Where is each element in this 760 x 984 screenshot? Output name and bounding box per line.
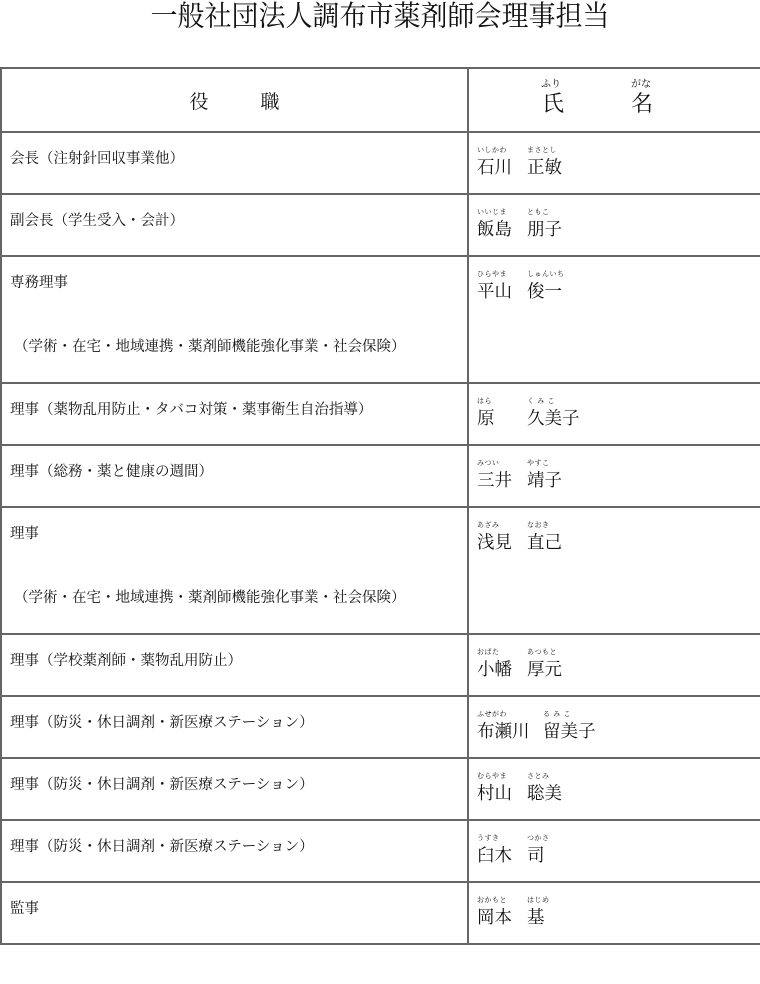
surname: 岡本	[477, 904, 512, 929]
role-detail: （学術・在宅・地域連携・薬剤師機能強化事業・社会保険）	[2, 293, 467, 357]
given-name-ruby: る み こ	[543, 710, 571, 718]
surname: 石川	[477, 154, 512, 179]
role-cell: 理事（防災・休日調剤・新医療ステーション）	[1, 696, 468, 758]
name-cell: ふせがわ布瀬川る み こ留美子	[468, 696, 760, 758]
name-cell: いしかわ石川まさとし正敏	[468, 132, 760, 194]
given-name: 朋子	[527, 216, 562, 241]
given-name: 司	[527, 842, 545, 867]
header-role: 役職	[1, 68, 468, 132]
table-row: 会長（注射針回収事業他）いしかわ石川まさとし正敏	[1, 132, 760, 194]
given-name: 久美子	[527, 405, 580, 430]
role-label: 理事	[2, 508, 467, 544]
header-name: ふり がな 氏 名	[468, 68, 760, 132]
given-name-ruby: なおき	[527, 521, 550, 529]
given-name-ruby: ともこ	[527, 208, 550, 216]
surname-ruby: おかもと	[477, 896, 507, 904]
role-cell: 監事	[1, 882, 468, 944]
given-name: 留美子	[543, 718, 596, 743]
name-cell: おばた小幡あつもと厚元	[468, 634, 760, 696]
given-name-ruby: しゅんいち	[527, 270, 565, 278]
table-row: 理事（防災・休日調剤・新医療ステーション）むらやま村山さとみ聡美	[1, 758, 760, 820]
surname-ruby: いいじま	[477, 208, 507, 216]
given-name-ruby: まさとし	[527, 146, 557, 154]
surname: 平山	[477, 278, 512, 303]
table-row: 理事（学校薬剤師・薬物乱用防止）おばた小幡あつもと厚元	[1, 634, 760, 696]
surname: 三井	[477, 467, 512, 492]
table-row: 理事（薬物乱用防止・タバコ対策・薬事衛生自治指導）はら原く み こ久美子	[1, 383, 760, 445]
name-cell: うすき臼木つかさ司	[468, 820, 760, 882]
name-cell: むらやま村山さとみ聡美	[468, 758, 760, 820]
role-label: 理事（防災・休日調剤・新医療ステーション）	[2, 697, 467, 733]
surname: 小幡	[477, 656, 512, 681]
given-name: 正敏	[527, 154, 562, 179]
role-label: 会長（注射針回収事業他）	[2, 133, 467, 169]
role-label: 副会長（学生受入・会計）	[2, 195, 467, 231]
role-label: 監事	[2, 883, 467, 919]
header-name-char-1: 氏	[542, 87, 564, 118]
role-cell: 理事（学校薬剤師・薬物乱用防止）	[1, 634, 468, 696]
role-label: 理事（薬物乱用防止・タバコ対策・薬事衛生自治指導）	[2, 384, 467, 420]
surname-ruby: ふせがわ	[477, 710, 507, 718]
page-title: 一般社団法人調布市薬剤師会理事担当	[0, 0, 760, 35]
surname: 布瀬川	[477, 718, 530, 743]
surname-ruby: おばた	[477, 648, 500, 656]
name-cell: いいじま飯島ともこ朋子	[468, 194, 760, 256]
given-name: 靖子	[527, 467, 562, 492]
given-name: 基	[527, 904, 545, 929]
name-cell: おかもと岡本はじめ基	[468, 882, 760, 944]
given-name-ruby: つかさ	[527, 834, 550, 842]
name-cell: あざみ浅見なおき直己	[468, 507, 760, 634]
header-role-char-1: 役	[189, 87, 208, 114]
given-name-ruby: く み こ	[527, 397, 555, 405]
role-cell: 理事（学術・在宅・地域連携・薬剤師機能強化事業・社会保険）	[1, 507, 468, 634]
surname-ruby: ひらやま	[477, 270, 507, 278]
table-row: 監事おかもと岡本はじめ基	[1, 882, 760, 944]
given-name: 厚元	[527, 656, 562, 681]
surname-ruby: うすき	[477, 834, 500, 842]
surname: 原	[477, 405, 495, 430]
name-cell: ひらやま平山しゅんいち俊一	[468, 256, 760, 383]
given-name: 俊一	[527, 278, 562, 303]
header-name-char-2: 名	[631, 87, 653, 118]
role-cell: 理事（防災・休日調剤・新医療ステーション）	[1, 820, 468, 882]
role-cell: 理事（防災・休日調剤・新医療ステーション）	[1, 758, 468, 820]
role-label: 理事（防災・休日調剤・新医療ステーション）	[2, 759, 467, 795]
given-name-ruby: やすこ	[527, 459, 550, 467]
role-label: 理事（総務・薬と健康の週間）	[2, 446, 467, 482]
name-cell: みつい三井やすこ靖子	[468, 445, 760, 507]
role-label: 専務理事	[2, 257, 467, 293]
role-label: 理事（防災・休日調剤・新医療ステーション）	[2, 821, 467, 857]
role-label: 理事（学校薬剤師・薬物乱用防止）	[2, 635, 467, 671]
role-cell: 専務理事（学術・在宅・地域連携・薬剤師機能強化事業・社会保険）	[1, 256, 468, 383]
officers-table: 役職 ふり がな 氏 名 会長（注射針回収事業他）いしかわ石川まさとし正敏副会長…	[0, 67, 760, 945]
role-cell: 理事（薬物乱用防止・タバコ対策・薬事衛生自治指導）	[1, 383, 468, 445]
table-row: 理事（防災・休日調剤・新医療ステーション）うすき臼木つかさ司	[1, 820, 760, 882]
table-row: 理事（防災・休日調剤・新医療ステーション）ふせがわ布瀬川る み こ留美子	[1, 696, 760, 758]
surname-ruby: あざみ	[477, 521, 500, 529]
role-cell: 会長（注射針回収事業他）	[1, 132, 468, 194]
surname-ruby: みつい	[477, 459, 499, 467]
table-row: 副会長（学生受入・会計）いいじま飯島ともこ朋子	[1, 194, 760, 256]
given-name-ruby: はじめ	[527, 896, 550, 904]
surname: 村山	[477, 780, 512, 805]
surname: 臼木	[477, 842, 512, 867]
surname: 浅見	[477, 529, 512, 554]
role-detail: （学術・在宅・地域連携・薬剤師機能強化事業・社会保険）	[2, 544, 467, 608]
given-name-ruby: あつもと	[527, 648, 557, 656]
given-name: 聡美	[527, 780, 562, 805]
given-name-ruby: さとみ	[527, 772, 550, 780]
header-role-char-2: 職	[261, 87, 280, 114]
role-cell: 理事（総務・薬と健康の週間）	[1, 445, 468, 507]
surname-ruby: むらやま	[477, 772, 507, 780]
table-row: 理事（学術・在宅・地域連携・薬剤師機能強化事業・社会保険）あざみ浅見なおき直己	[1, 507, 760, 634]
name-cell: はら原く み こ久美子	[468, 383, 760, 445]
surname-ruby: はら	[477, 397, 492, 405]
table-row: 理事（総務・薬と健康の週間）みつい三井やすこ靖子	[1, 445, 760, 507]
header-row: 役職 ふり がな 氏 名	[1, 68, 760, 132]
surname-ruby: いしかわ	[477, 146, 507, 154]
role-cell: 副会長（学生受入・会計）	[1, 194, 468, 256]
surname: 飯島	[477, 216, 512, 241]
given-name: 直己	[527, 529, 562, 554]
table-row: 専務理事（学術・在宅・地域連携・薬剤師機能強化事業・社会保険）ひらやま平山しゅん…	[1, 256, 760, 383]
